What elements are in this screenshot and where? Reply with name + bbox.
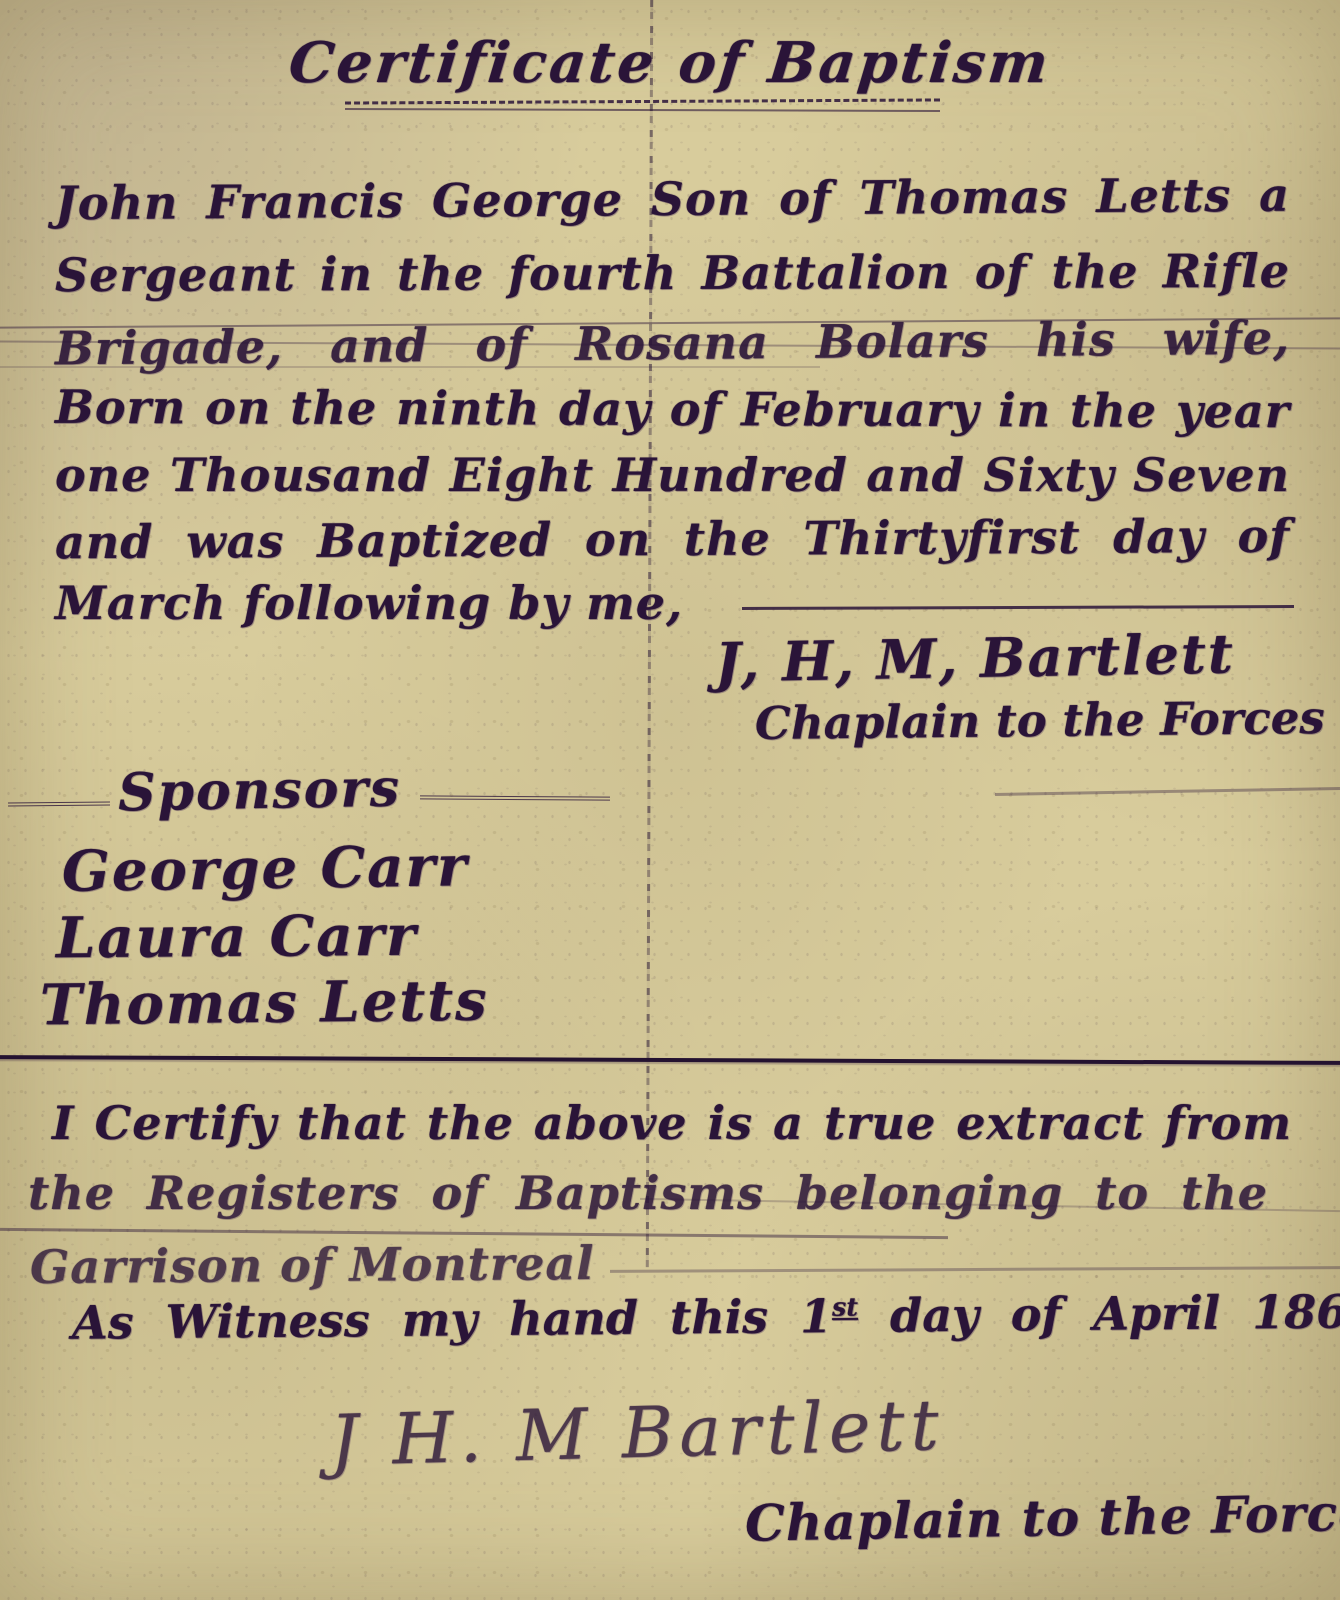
body-line: Born on the ninth day of February in the… [55,380,1290,438]
bottom-signature-title: Chaplain to the Forces [745,1482,1340,1552]
paper-crease [610,1266,1340,1273]
body-line: Brigade, and of Rosana Bolars his wife, [55,311,1290,376]
sponsors-dash-faint [995,787,1340,796]
sponsors-heading: Sponsors [117,758,401,824]
body-line: March following by me, [55,576,683,630]
baptism-certificate-page: Certificate of Baptism John Francis Geor… [0,0,1340,1600]
body-line: John Francis George Son of Thomas Letts … [55,168,1290,231]
sponsor-name: Thomas Letts [40,968,489,1039]
body-line: and was Baptized on the Thirtyfirst day … [55,509,1290,569]
sponsor-name: Laura Carr [56,903,418,972]
page-title: Certificate of Baptism [0,30,1340,96]
bottom-signature: J H. M Bartlett [329,1384,946,1482]
attestation-ordinal: st [832,1292,858,1322]
sponsors-dash-right [420,795,610,800]
signature-rule [742,605,1294,610]
certification-line: I Certify that the above is a true extra… [52,1096,1292,1150]
attestation-suffix: day of April 1867 [858,1284,1340,1343]
body-line: Sergeant in the fourth Battalion of the … [55,244,1290,302]
title-underline [345,100,940,116]
certification-line: the Registers of Baptisms belonging to t… [28,1166,1268,1220]
certification-line: Garrison of Montreal [30,1236,595,1294]
section-divider-rule [0,1055,1340,1065]
sponsor-name: George Carr [62,833,469,905]
sponsors-dash-left [8,801,110,806]
attestation-prefix: As Witness my hand this 1 [72,1289,833,1350]
title-underline-top [345,98,940,104]
title-underline-bottom [345,108,940,112]
officiant-title: Chaplain to the Forces [755,691,1325,750]
officiant-signature: J, H, M, Bartlett [714,621,1235,694]
body-line: one Thousand Eight Hundred and Sixty Sev… [55,448,1290,502]
attestation-line: As Witness my hand this 1st day of April… [72,1284,1340,1349]
